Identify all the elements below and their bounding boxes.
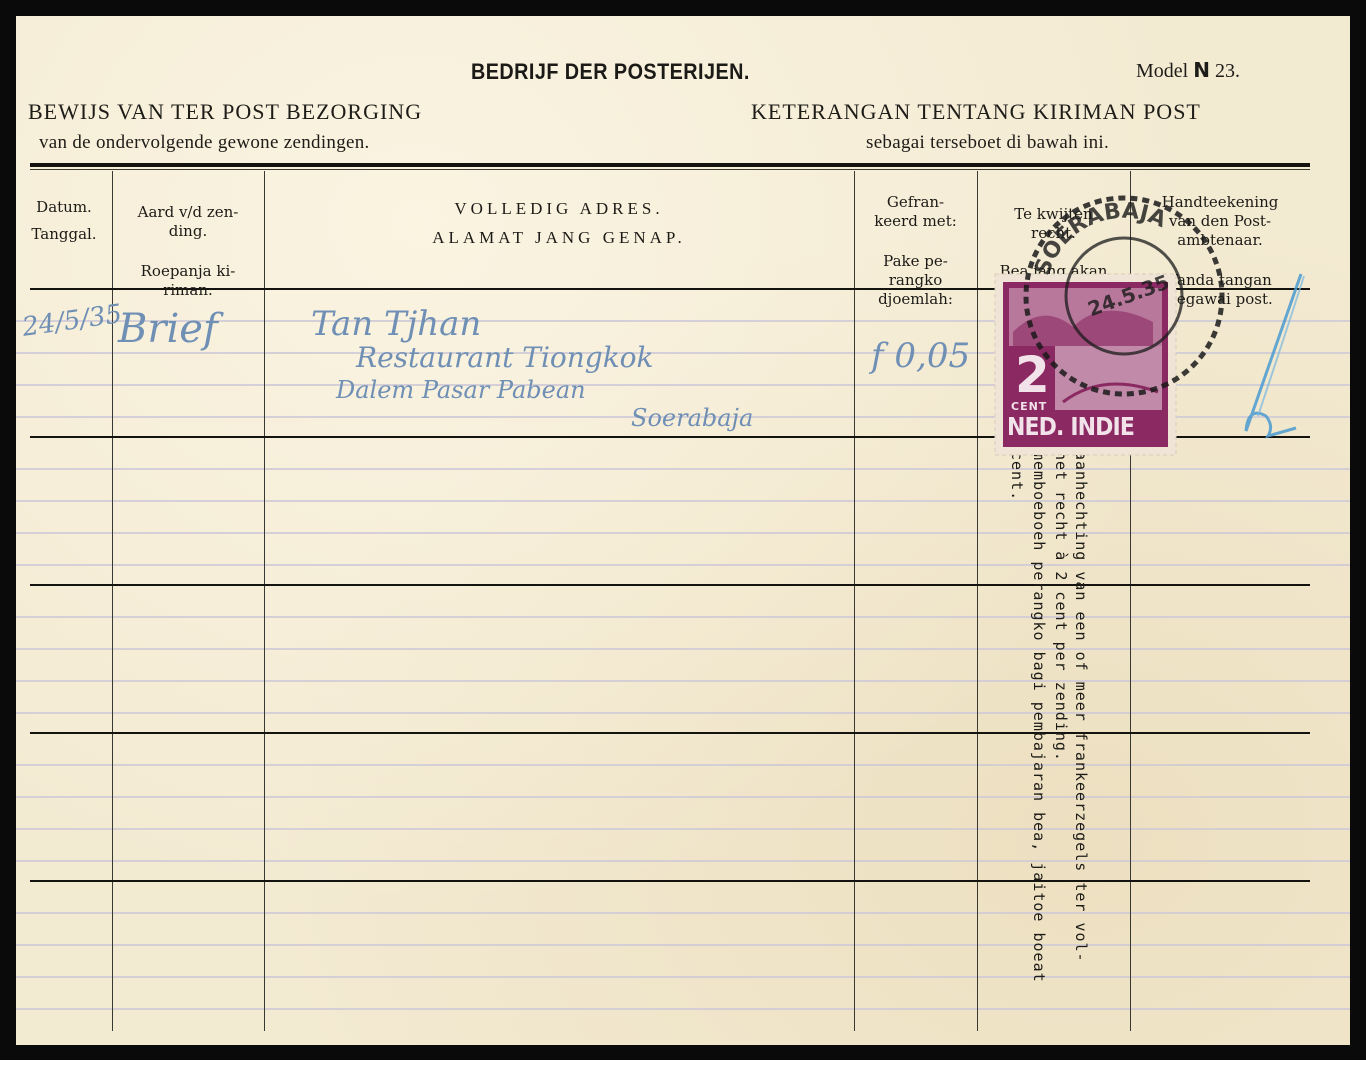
- col-header-type-nl: Aard v/d zen- ding.: [112, 203, 264, 241]
- ruled-line: [16, 500, 1350, 502]
- column-divider: [264, 171, 265, 1031]
- col-header-address-nl: VOLLEDIG ADRES.: [264, 199, 854, 218]
- postmark-cancel: SOERABAJA 24.5.35: [1006, 186, 1246, 406]
- left-heading: BEWIJS VAN TER POST BEZORGING: [28, 99, 422, 125]
- ruled-line: [16, 616, 1350, 618]
- column-divider: [977, 171, 978, 1031]
- ruled-line: [16, 648, 1350, 650]
- col-header-type: Aard v/d zen- ding. Roepanja ki- riman.: [112, 184, 264, 319]
- footnote-line1: aanhechting van een of meer frankeerzege…: [1072, 451, 1090, 963]
- ruled-line: [16, 1008, 1350, 1010]
- col-header-franked-nl: Gefran- keerd met:: [854, 193, 977, 231]
- col-header-date-nl: Datum.: [16, 198, 112, 217]
- entry-date: 24/5/35: [20, 299, 123, 343]
- row-rule: [30, 732, 1310, 734]
- ruled-line: [16, 796, 1350, 798]
- model-no-sign: N: [1193, 58, 1210, 82]
- ruled-line: [16, 976, 1350, 978]
- ruled-line: [16, 944, 1350, 946]
- ruled-line: [16, 912, 1350, 914]
- form-title: BEDRIJF DER POSTERIJEN.: [471, 59, 750, 85]
- col-header-date-id: Tanggal.: [16, 225, 112, 244]
- col-header-address-id: ALAMAT JANG GENAP.: [264, 228, 854, 247]
- entry-address-line2: Restaurant Tiongkok: [356, 341, 654, 374]
- col-header-date: Datum. Tanggal.: [16, 198, 112, 244]
- row-rule: [30, 880, 1310, 882]
- ruled-line: [16, 680, 1350, 682]
- stamp-country: NED. INDIE: [1007, 412, 1134, 441]
- ruled-line: [16, 828, 1350, 830]
- entry-type: Brief: [118, 306, 218, 352]
- ruled-line: [16, 532, 1350, 534]
- ruled-line: [16, 764, 1350, 766]
- entry-address-line1: Tan Tjhan: [311, 304, 481, 344]
- model-label: Model: [1136, 60, 1188, 82]
- entry-franked-amount: f 0,05: [871, 336, 970, 376]
- ruled-line: [16, 564, 1350, 566]
- left-subheading: van de ondervolgende gewone zendingen.: [39, 132, 370, 154]
- col-header-type-id: Roepanja ki- riman.: [112, 262, 264, 300]
- header-rule: [30, 163, 1310, 167]
- ruled-line: [16, 468, 1350, 470]
- col-header-franked: Gefran- keerd met: Pake pe- rangko djoem…: [854, 174, 977, 328]
- entry-address-line4: Soerabaja: [631, 404, 753, 432]
- ruled-line: [16, 712, 1350, 714]
- right-subheading: sebagai terseboet di bawah ini.: [866, 132, 1109, 154]
- header-rule-thin: [30, 169, 1310, 170]
- entry-address-line3: Dalem Pasar Pabean: [336, 376, 586, 404]
- model-number: Model N 23.: [1136, 58, 1240, 83]
- svg-text:24.5.35: 24.5.35: [1085, 270, 1173, 322]
- col-header-address: VOLLEDIG ADRES. ALAMAT JANG GENAP.: [264, 199, 854, 247]
- footnote-line4: cent.: [1008, 451, 1026, 501]
- col-header-franked-id: Pake pe- rangko djoemlah:: [854, 252, 977, 309]
- ruled-line: [16, 860, 1350, 862]
- row-rule: [30, 584, 1310, 586]
- model-value: 23.: [1215, 60, 1240, 82]
- footnote-line2: het recht à 2 cent per zending.: [1052, 451, 1070, 762]
- postal-receipt-form: BEDRIJF DER POSTERIJEN. Model N 23. BEWI…: [16, 16, 1350, 1045]
- right-heading: KETERANGAN TENTANG KIRIMAN POST: [751, 99, 1201, 125]
- postmark-top-text: SOERABAJA: [1030, 199, 1170, 279]
- footnote-line3: memboeboeh perangko bagi pembajaran bea,…: [1030, 451, 1048, 983]
- svg-text:SOERABAJA: SOERABAJA: [1030, 199, 1170, 279]
